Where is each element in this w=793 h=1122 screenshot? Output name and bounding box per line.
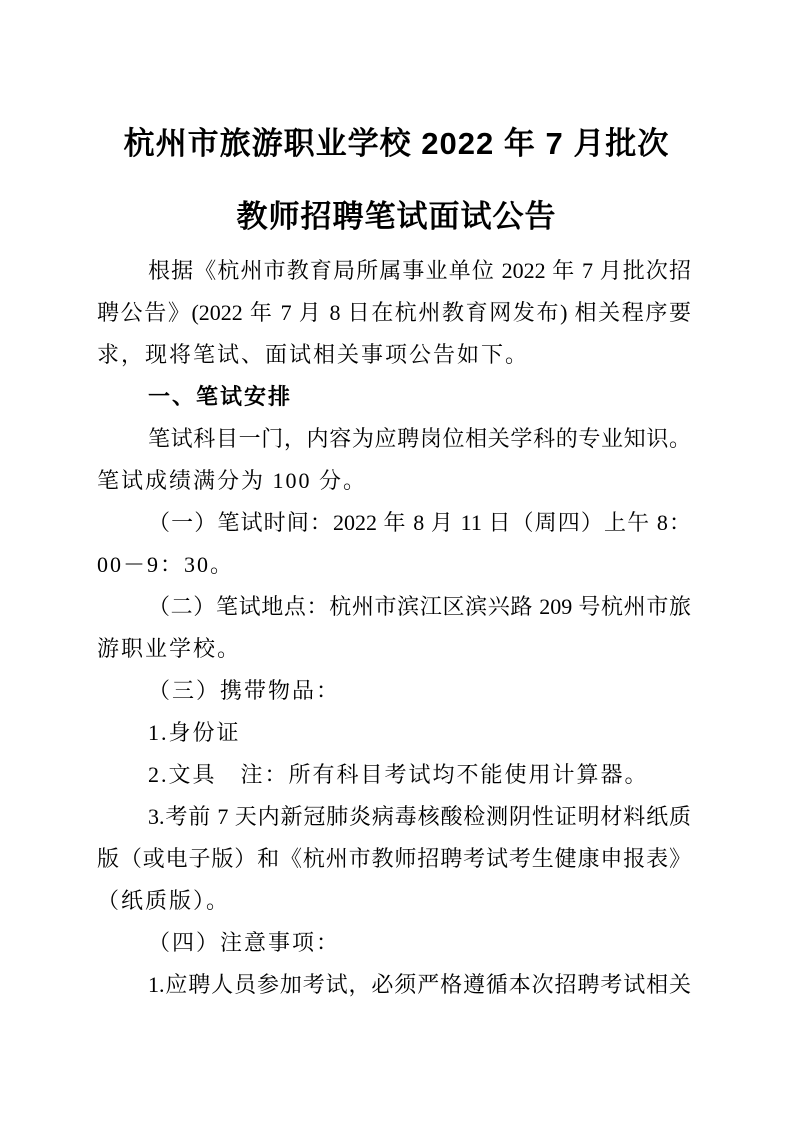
items-to-bring-heading: （三）携带物品：: [97, 670, 691, 712]
document-page: 杭州市旅游职业学校 2022 年 7 月批次 教师招聘笔试面试公告 根据《杭州市…: [0, 0, 793, 1122]
item-covid-test-line-1: 3.考前 7 天内新冠肺炎病毒核酸检测阴性证明材料纸质: [97, 796, 691, 838]
intro-paragraph-line-1: 根据《杭州市教育局所属事业单位 2022 年 7 月批次招: [97, 250, 691, 292]
written-test-time-line-1: （一）笔试时间：2022 年 8 月 11 日（周四）上午 8：: [97, 502, 691, 544]
written-test-time-line-2: 00－9：30。: [97, 544, 691, 586]
item-covid-test-line-3: （纸质版）。: [97, 880, 691, 922]
written-test-location-line-1: （二）笔试地点：杭州市滨江区滨兴路 209 号杭州市旅: [97, 586, 691, 628]
written-test-subject-line-1: 笔试科目一门，内容为应聘岗位相关学科的专业知识。: [97, 418, 691, 460]
written-test-subject-line-2: 笔试成绩满分为 100 分。: [97, 460, 691, 502]
document-title-line-2: 教师招聘笔试面试公告: [0, 180, 793, 253]
notes-heading: （四）注意事项：: [97, 922, 691, 964]
item-stationery-note: 2.文具 注：所有科目考试均不能使用计算器。: [97, 754, 691, 796]
notes-item-1-line-1: 1.应聘人员参加考试，必须严格遵循本次招聘考试相关: [97, 964, 691, 1006]
item-covid-test-line-2: 版（或电子版）和《杭州市教师招聘考试考生健康申报表》: [97, 838, 691, 880]
written-test-location-line-2: 游职业学校。: [97, 628, 691, 670]
document-title: 杭州市旅游职业学校 2022 年 7 月批次 教师招聘笔试面试公告: [0, 107, 793, 253]
item-id-card: 1.身份证: [97, 712, 691, 754]
document-title-line-1: 杭州市旅游职业学校 2022 年 7 月批次: [0, 107, 793, 180]
intro-paragraph-line-2: 聘公告》(2022 年 7 月 8 日在杭州教育网发布) 相关程序要: [97, 292, 691, 334]
section-heading-written-test: 一、笔试安排: [97, 376, 691, 418]
intro-paragraph-line-3: 求，现将笔试、面试相关事项公告如下。: [97, 334, 691, 376]
document-body: 根据《杭州市教育局所属事业单位 2022 年 7 月批次招 聘公告》(2022 …: [97, 250, 691, 1006]
